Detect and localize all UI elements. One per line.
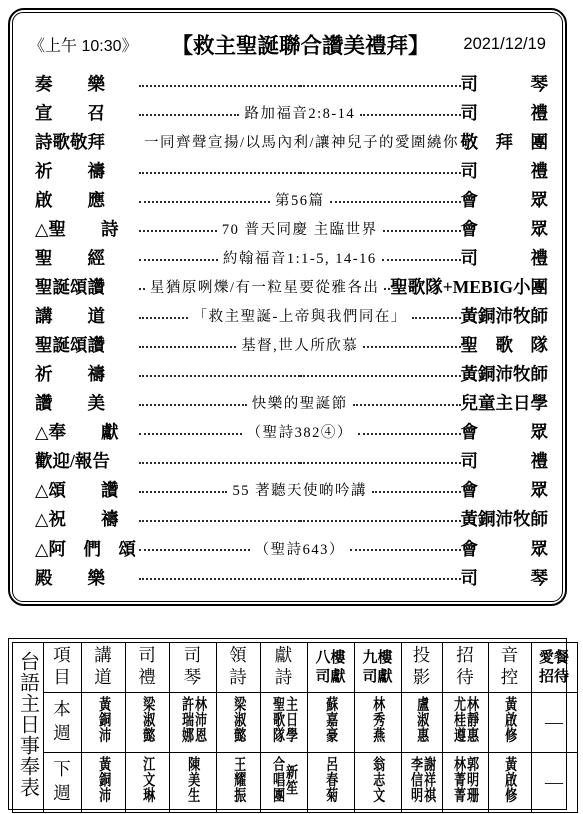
program-performer: 兒童主日學 bbox=[461, 390, 549, 415]
program-item-label: 聖 經 bbox=[27, 245, 139, 270]
duty-name: 黃銅沛 bbox=[96, 696, 109, 743]
roster-cell: — bbox=[531, 692, 577, 752]
program-item-label: 歡迎/報告 bbox=[27, 448, 139, 473]
duty-name: 蘇嘉豪 bbox=[324, 696, 337, 743]
roster-header-pianist: 司 琴 bbox=[169, 642, 216, 692]
roster-cell: 王耀振 bbox=[216, 752, 260, 812]
duty-name: 梁淑懿 bbox=[231, 696, 244, 743]
roster-cell: 蘇嘉豪 bbox=[307, 692, 354, 752]
program-item-label: 詩歌敬拜 bbox=[27, 129, 139, 154]
duty-name: 陳美生 bbox=[186, 756, 199, 803]
duty-name: — bbox=[545, 772, 563, 792]
program-item-label: 奏 樂 bbox=[27, 71, 139, 96]
roster-header-label: 司 禮 bbox=[138, 645, 156, 687]
program-item-label: △頌 讚 bbox=[27, 477, 139, 502]
program-content: 路加福音2:8-14 bbox=[239, 102, 360, 123]
roster-header-label: 八樓 司獻 bbox=[315, 649, 345, 686]
program-line: 聖 經約翰福音1:1-5, 14-16司 禮 bbox=[27, 244, 548, 272]
program-item-label: 讚 美 bbox=[27, 390, 139, 415]
roster-cell: 黃銅沛 bbox=[81, 752, 125, 812]
program-content: 基督,世人所欣慕 bbox=[236, 334, 363, 355]
duty-name: 盧淑惠 bbox=[415, 696, 428, 743]
program-item-label: △聖 詩 bbox=[27, 216, 139, 241]
roster-header-label: 九樓 司獻 bbox=[362, 649, 392, 686]
roster-row-next-week: 下 週 黃銅沛 江文琳 陳美生 王耀振 新笙 合唱團 呂春菊 翁志文 謝祥祺 李… bbox=[12, 752, 577, 812]
dotted-leader: 基督,世人所欣慕 bbox=[139, 334, 461, 355]
program-box-inner: 《上午 10:30》 【救主聖誕聯合讚美禮拜】 2021/12/19 奏 樂司 … bbox=[12, 12, 563, 602]
dotted-leader: 55 著聽天使啲吟講 bbox=[139, 479, 461, 500]
duty-name: 郭明珊 林菁菁 bbox=[452, 756, 478, 803]
program-performer: 會 眾 bbox=[461, 477, 549, 502]
duty-name: 呂春菊 bbox=[324, 756, 337, 803]
program-item-label: 聖誕頌讚 bbox=[27, 332, 139, 357]
roster-cell: 林靜惠 尤桂遵 bbox=[442, 692, 488, 752]
program-performer: 會 眾 bbox=[461, 216, 549, 241]
roster-header-projection: 投 影 bbox=[401, 642, 442, 692]
roster-header-row: 台語主日事奉表 項 目 講 道 司 禮 司 琴 領 詩 獻 詩 八樓 司獻 九樓… bbox=[12, 642, 577, 692]
program-line: 宣 召路加福音2:8-14司 禮 bbox=[27, 99, 548, 127]
roster-header-liturgist: 司 禮 bbox=[125, 642, 169, 692]
roster-header-label: 招 待 bbox=[456, 645, 474, 687]
week-label-cell: 下 週 bbox=[43, 752, 81, 812]
program-content: （聖詩643） bbox=[250, 538, 350, 559]
duty-name: — bbox=[545, 712, 563, 732]
dotted-leader: 約翰福音1:1-5, 14-16 bbox=[139, 247, 461, 268]
roster-header-label: 項 目 bbox=[53, 645, 71, 687]
roster-header-label: 領 詩 bbox=[229, 645, 247, 687]
roster-cell: 郭明珊 林菁菁 bbox=[442, 752, 488, 812]
program-performer: 會 眾 bbox=[461, 536, 549, 561]
program-performer: 司 禮 bbox=[461, 245, 549, 270]
roster-side-title-cell: 台語主日事奉表 bbox=[12, 642, 43, 812]
roster-header-label: 投 影 bbox=[413, 645, 431, 687]
program-performer: 司 琴 bbox=[461, 71, 549, 96]
roster-cell: — bbox=[531, 752, 577, 812]
roster-header-9f-offering: 九樓 司獻 bbox=[354, 642, 401, 692]
roster-header-label: 司 琴 bbox=[184, 645, 202, 687]
dotted-leader bbox=[139, 170, 461, 172]
duty-name: 翁志文 bbox=[371, 756, 384, 803]
program-content: 70 普天同慶 主臨世界 bbox=[217, 218, 383, 239]
program-header: 《上午 10:30》 【救主聖誕聯合讚美禮拜】 2021/12/19 bbox=[29, 29, 546, 60]
week-label: 本 週 bbox=[53, 699, 71, 743]
program-content: 快樂的聖誕節 bbox=[247, 392, 353, 413]
roster-cell: 新笙 合唱團 bbox=[260, 752, 307, 812]
dotted-leader bbox=[139, 518, 461, 520]
service-time: 《上午 10:30》 bbox=[29, 33, 138, 56]
page-title: 【救主聖誕聯合讚美禮拜】 bbox=[138, 29, 464, 60]
duty-name: 梁淑懿 bbox=[140, 696, 153, 743]
roster-header-audio: 音 控 bbox=[488, 642, 531, 692]
week-label-cell: 本 週 bbox=[43, 692, 81, 752]
program-item-label: 啟 應 bbox=[27, 187, 139, 212]
program-line: △阿 們 頌（聖詩643）會 眾 bbox=[27, 534, 548, 562]
roster-cell: 梁淑懿 bbox=[216, 692, 260, 752]
duty-name: 黃啟修 bbox=[503, 696, 516, 743]
dotted-leader: 一同齊聲宣揚/以馬內利/讓神兒子的愛圍繞你 bbox=[139, 131, 461, 152]
duty-name: 黃銅沛 bbox=[96, 756, 109, 803]
program-content: （聖詩382④） bbox=[242, 421, 358, 442]
duty-name: 黃啟修 bbox=[503, 756, 516, 803]
roster-cell: 陳美生 bbox=[169, 752, 216, 812]
duty-name: 林秀燕 bbox=[371, 696, 384, 743]
program-item-label: 殿 樂 bbox=[27, 565, 139, 590]
program-performer: 司 禮 bbox=[461, 158, 549, 183]
program-line: △聖 詩70 普天同慶 主臨世界會 眾 bbox=[27, 215, 548, 243]
dotted-leader: 路加福音2:8-14 bbox=[139, 102, 461, 123]
dotted-leader: 第56篇 bbox=[139, 189, 461, 210]
roster-cell: 黃啟修 bbox=[488, 752, 531, 812]
roster-header-label: 講 道 bbox=[94, 645, 112, 687]
dotted-leader bbox=[139, 83, 461, 85]
program-performer: 黃銅沛牧師 bbox=[461, 506, 549, 531]
dotted-leader: 70 普天同慶 主臨世界 bbox=[139, 218, 461, 239]
program-performer: 司 禮 bbox=[461, 448, 549, 473]
program-line: 奏 樂司 琴 bbox=[27, 70, 548, 98]
program-line: △頌 讚55 著聽天使啲吟講會 眾 bbox=[27, 476, 548, 504]
roster-cell: 林秀燕 bbox=[354, 692, 401, 752]
roster-header-anthem: 獻 詩 bbox=[260, 642, 307, 692]
dotted-leader: 「救主聖誕-上帝與我們同在」 bbox=[139, 305, 461, 326]
program-item-label: 宣 召 bbox=[27, 100, 139, 125]
roster-header-meal-ushers: 愛餐 招待 bbox=[531, 642, 577, 692]
roster-header-item: 項 目 bbox=[43, 642, 81, 692]
roster-cell: 主日學 聖歌隊 bbox=[260, 692, 307, 752]
duty-name: 王耀振 bbox=[231, 756, 244, 803]
program-box: 《上午 10:30》 【救主聖誕聯合讚美禮拜】 2021/12/19 奏 樂司 … bbox=[8, 8, 567, 606]
roster-header-label: 音 控 bbox=[501, 645, 519, 687]
program-line: 歡迎/報告司 禮 bbox=[27, 447, 548, 475]
program-content: 55 著聽天使啲吟講 bbox=[227, 479, 372, 500]
roster-cell: 翁志文 bbox=[354, 752, 401, 812]
program-line: 聖誕頌讚星猶原咧爍/有一粒星要從雅各出聖歌隊+MEBIG小團 bbox=[27, 273, 548, 301]
dotted-leader: 星猶原咧爍/有一粒星要從雅各出 bbox=[139, 276, 390, 297]
program-performer: 黃銅沛牧師 bbox=[461, 303, 549, 328]
roster-header-8f-offering: 八樓 司獻 bbox=[307, 642, 354, 692]
roster-header-label: 愛餐 招待 bbox=[539, 649, 569, 686]
duty-name: 新笙 合唱團 bbox=[270, 756, 296, 803]
program-performer: 黃銅沛牧師 bbox=[461, 361, 549, 386]
roster-header-label: 獻 詩 bbox=[275, 645, 293, 687]
week-label: 下 週 bbox=[53, 759, 71, 803]
program-line: 讚 美快樂的聖誕節兒童主日學 bbox=[27, 389, 548, 417]
program-performer: 聖歌隊+MEBIG小團 bbox=[390, 274, 548, 299]
roster-cell: 呂春菊 bbox=[307, 752, 354, 812]
program-content: 星猶原咧爍/有一粒星要從雅各出 bbox=[145, 276, 385, 297]
duty-name: 謝祥祺 李信明 bbox=[408, 756, 434, 803]
program-content: 一同齊聲宣揚/以馬內利/讓神兒子的愛圍繞你 bbox=[139, 131, 464, 152]
program-item-label: 祈 禱 bbox=[27, 158, 139, 183]
program-line: 講 道「救主聖誕-上帝與我們同在」黃銅沛牧師 bbox=[27, 302, 548, 330]
scanned-bulletin-page: 《上午 10:30》 【救主聖誕聯合讚美禮拜】 2021/12/19 奏 樂司 … bbox=[0, 0, 583, 814]
dotted-leader: （聖詩643） bbox=[139, 538, 461, 559]
roster-cell: 江文琳 bbox=[125, 752, 169, 812]
duty-name: 主日學 聖歌隊 bbox=[270, 696, 296, 743]
program-line: △祝 禱黃銅沛牧師 bbox=[27, 505, 548, 533]
program-item-label: 聖誕頌讚 bbox=[27, 274, 139, 299]
dotted-leader: 快樂的聖誕節 bbox=[139, 392, 461, 413]
program-content: 約翰福音1:1-5, 14-16 bbox=[218, 247, 382, 268]
service-date: 2021/12/19 bbox=[463, 35, 546, 54]
program-performer: 會 眾 bbox=[461, 187, 549, 212]
duty-name: 林沛恩 許瑞娜 bbox=[179, 696, 205, 743]
duty-name: 林靜惠 尤桂遵 bbox=[452, 696, 478, 743]
dotted-leader bbox=[139, 460, 461, 462]
roster-header-ushers: 招 待 bbox=[442, 642, 488, 692]
program-line: 聖誕頌讚基督,世人所欣慕聖 歌 隊 bbox=[27, 331, 548, 359]
roster-header-sermon: 講 道 bbox=[81, 642, 125, 692]
roster-side-title: 台語主日事奉表 bbox=[18, 651, 38, 798]
roster-header-song-leader: 領 詩 bbox=[216, 642, 260, 692]
roster-table: 台語主日事奉表 項 目 講 道 司 禮 司 琴 領 詩 獻 詩 八樓 司獻 九樓… bbox=[12, 642, 578, 813]
program-item-label: △奉 獻 bbox=[27, 419, 139, 444]
roster-cell: 黃銅沛 bbox=[81, 692, 125, 752]
dotted-leader bbox=[139, 576, 461, 578]
dotted-leader: （聖詩382④） bbox=[139, 421, 461, 442]
roster-cell: 梁淑懿 bbox=[125, 692, 169, 752]
program-content: 第56篇 bbox=[270, 189, 330, 210]
program-performer: 聖 歌 隊 bbox=[461, 332, 549, 357]
program-performer: 會 眾 bbox=[461, 419, 549, 444]
program-lines: 奏 樂司 琴 宣 召路加福音2:8-14司 禮 詩歌敬拜一同齊聲宣揚/以馬內利/… bbox=[27, 70, 548, 595]
program-performer: 司 琴 bbox=[461, 565, 549, 590]
program-item-label: △阿 們 頌 bbox=[27, 536, 139, 561]
roster-cell: 盧淑惠 bbox=[401, 692, 442, 752]
program-line: 啟 應第56篇會 眾 bbox=[27, 186, 548, 214]
roster-cell: 黃啟修 bbox=[488, 692, 531, 752]
program-line: △奉 獻（聖詩382④）會 眾 bbox=[27, 418, 548, 446]
roster-cell: 林沛恩 許瑞娜 bbox=[169, 692, 216, 752]
duty-name: 江文琳 bbox=[140, 756, 153, 803]
program-line: 殿 樂司 琴 bbox=[27, 563, 548, 591]
program-item-label: 祈 禱 bbox=[27, 361, 139, 386]
roster-table-wrap: 台語主日事奉表 項 目 講 道 司 禮 司 琴 領 詩 獻 詩 八樓 司獻 九樓… bbox=[8, 638, 567, 810]
program-performer: 司 禮 bbox=[461, 100, 549, 125]
program-content: 「救主聖誕-上帝與我們同在」 bbox=[188, 305, 412, 326]
program-line: 祈 禱司 禮 bbox=[27, 157, 548, 185]
program-line: 詩歌敬拜一同齊聲宣揚/以馬內利/讓神兒子的愛圍繞你敬 拜 團 bbox=[27, 128, 548, 156]
program-item-label: 講 道 bbox=[27, 303, 139, 328]
dotted-leader bbox=[139, 373, 461, 375]
program-item-label: △祝 禱 bbox=[27, 506, 139, 531]
roster-cell: 謝祥祺 李信明 bbox=[401, 752, 442, 812]
roster-row-this-week: 本 週 黃銅沛 梁淑懿 林沛恩 許瑞娜 梁淑懿 主日學 聖歌隊 蘇嘉豪 林秀燕 … bbox=[12, 692, 577, 752]
program-line: 祈 禱黃銅沛牧師 bbox=[27, 360, 548, 388]
program-performer: 敬 拜 團 bbox=[461, 129, 549, 154]
